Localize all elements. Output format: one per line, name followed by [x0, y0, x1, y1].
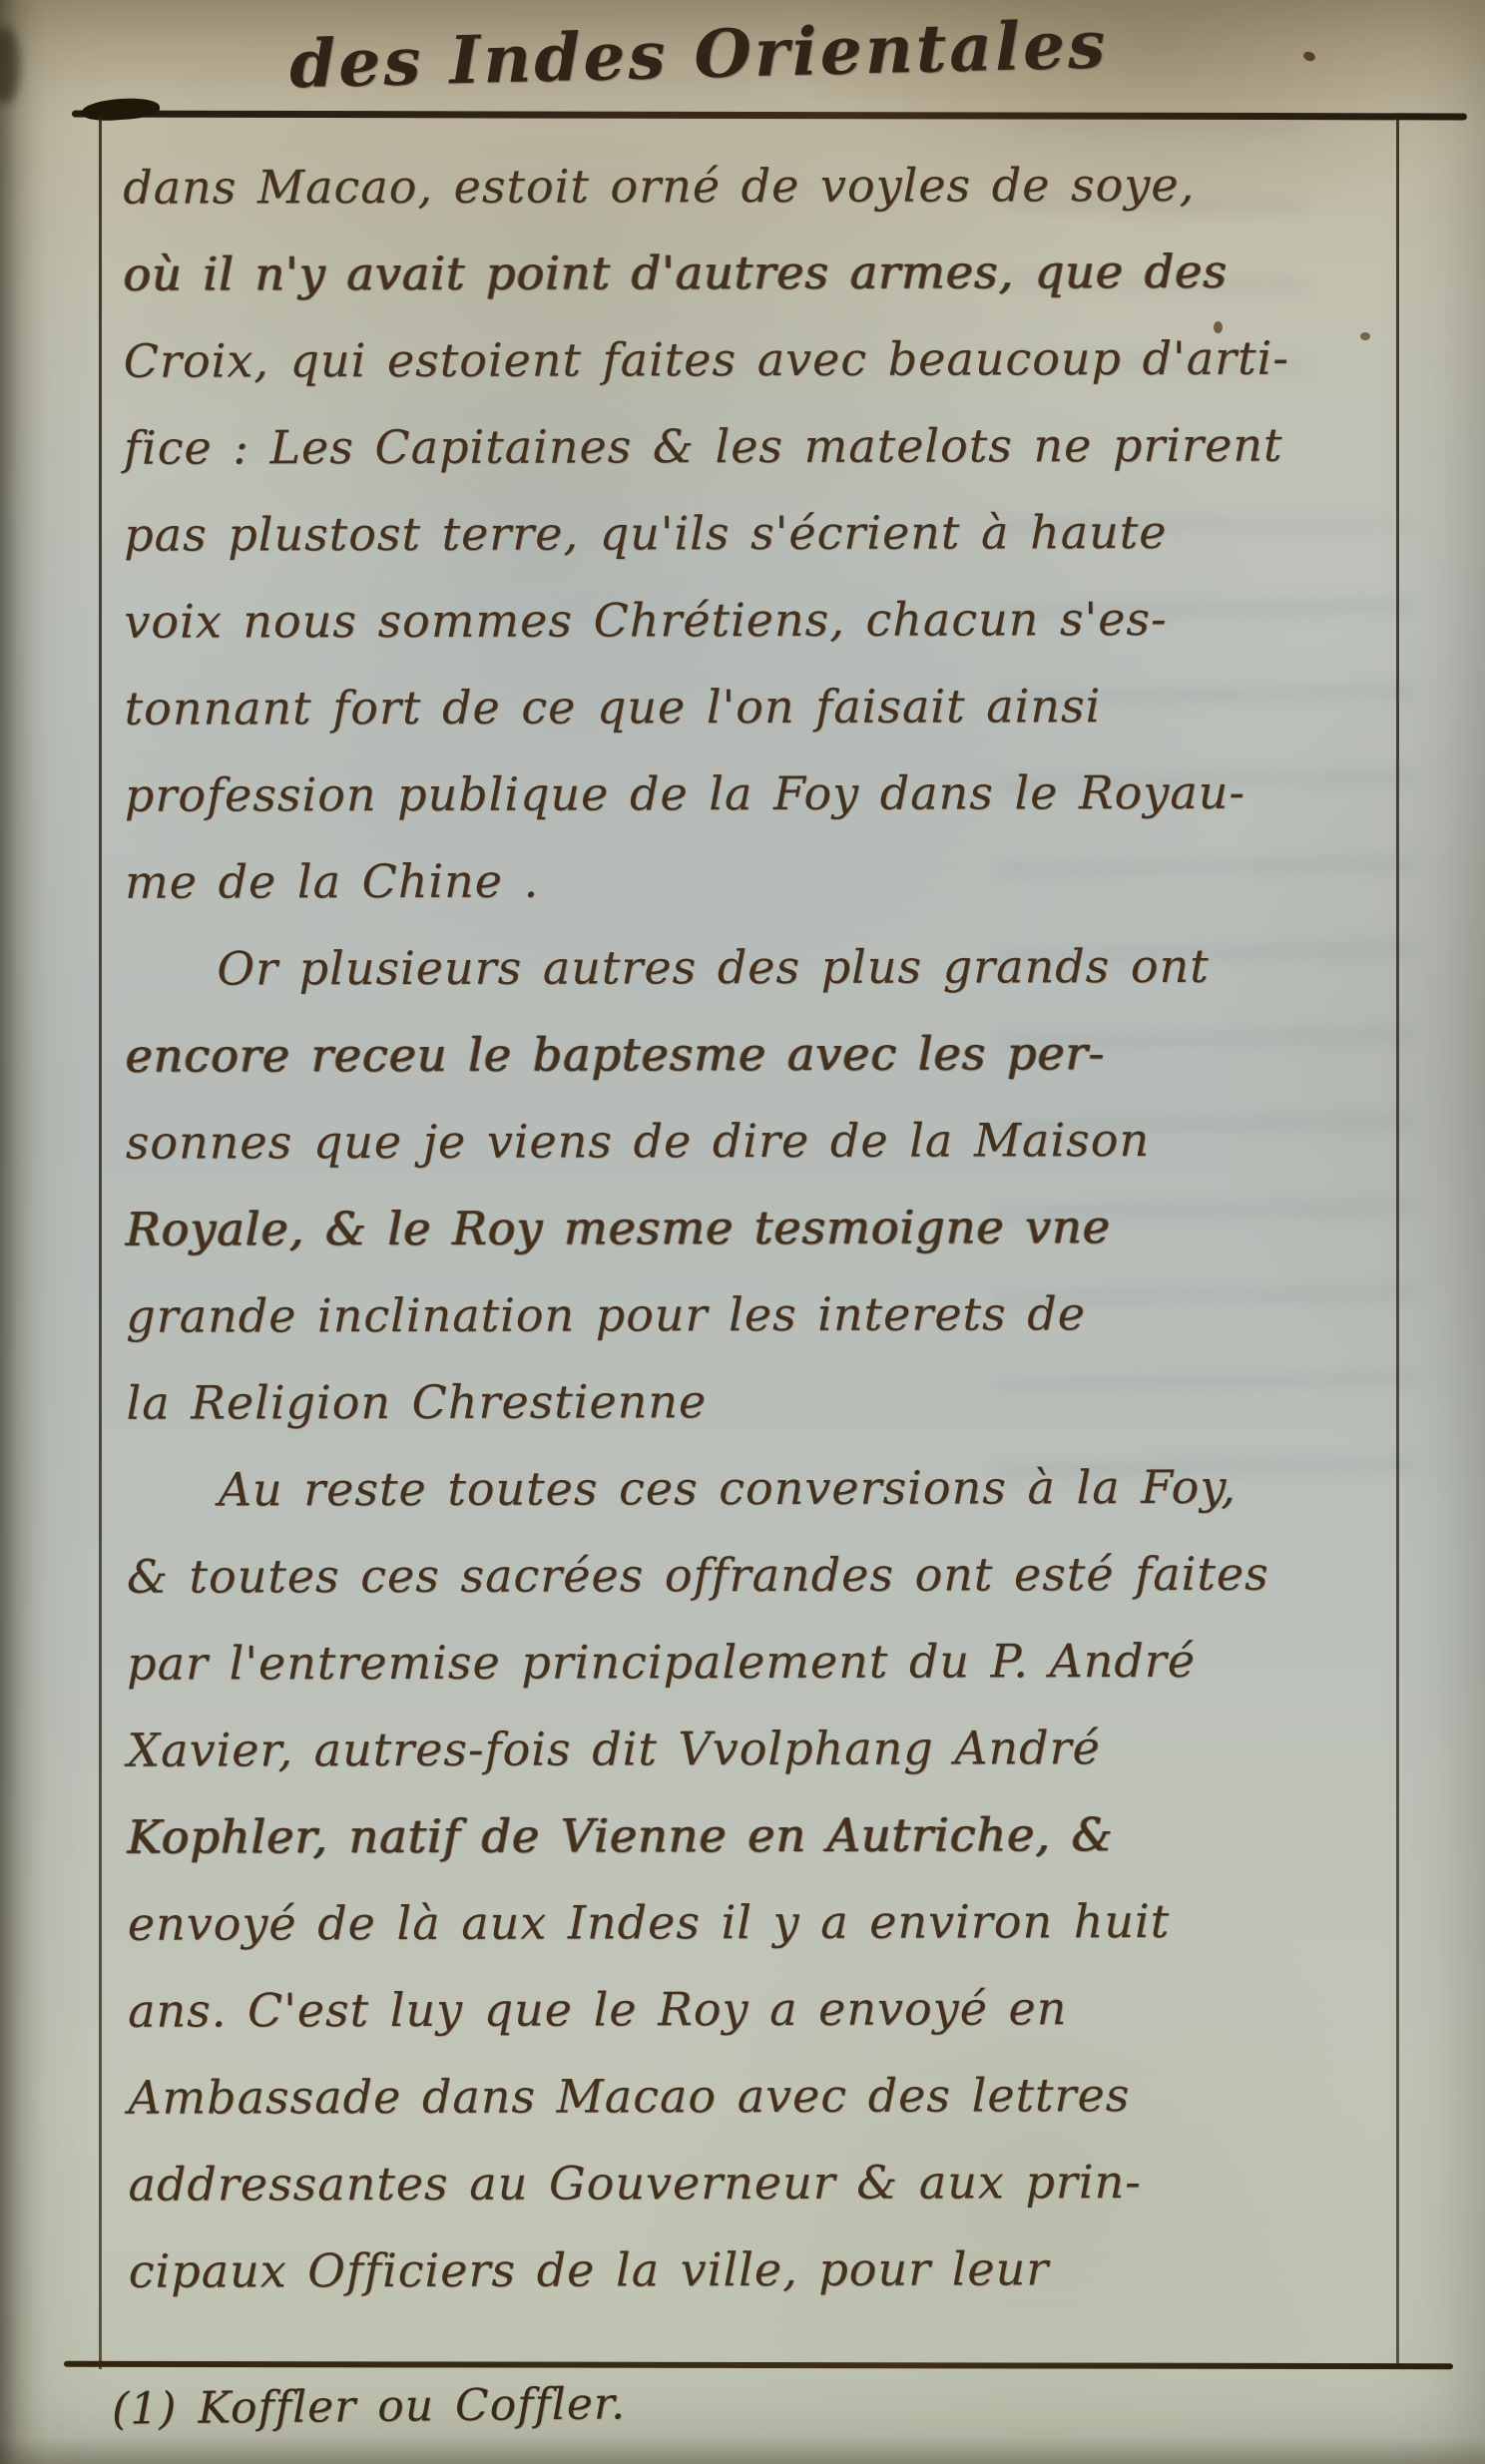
manuscript-line: dans Macao, estoit orné de voyles de soy…	[123, 141, 1412, 231]
manuscript-line: Ambassade dans Macao avec des lettres	[128, 2051, 1417, 2141]
manuscript-text-block: dans Macao, estoit orné de voyles de soy…	[123, 141, 1418, 2314]
manuscript-line: pas plustost terre, qu'ils s'écrient à h…	[124, 488, 1413, 578]
frame-top-rule	[72, 111, 1467, 121]
manuscript-line: me de la Chine .	[125, 835, 1414, 925]
frame-bottom-rule	[64, 2361, 1453, 2369]
manuscript-line: & toutes ces sacrées offrandes ont esté …	[127, 1530, 1416, 1620]
manuscript-line: voix nous sommes Chrétiens, chacun s'es-	[124, 575, 1413, 665]
manuscript-line: la Religion Chrestienne	[126, 1356, 1415, 1446]
manuscript-line: par l'entremise principalement du P. And…	[127, 1617, 1416, 1707]
manuscript-line: tonnant fort de ce que l'on faisait ains…	[125, 662, 1414, 751]
frame-left-border	[99, 116, 102, 2369]
page-running-title: des Indes Orientales	[288, 7, 1049, 104]
manuscript-line: sonnes que je viens de dire de la Maison	[126, 1096, 1415, 1186]
manuscript-line: encore receu le baptesme avec les per-	[125, 1009, 1414, 1099]
page-bottom-edge-shadow	[0, 2438, 1485, 2464]
ink-blot	[81, 96, 160, 122]
ink-fleck	[1302, 50, 1316, 63]
manuscript-line: profession publique de la Foy dans le Ro…	[125, 748, 1414, 838]
manuscript-line: envoyé de là aux Indes il y a environ hu…	[128, 1877, 1417, 1967]
manuscript-line: grande inclination pour les interets de	[126, 1269, 1415, 1359]
manuscript-page-photo: des Indes Orientales dans Macao, estoit …	[0, 0, 1485, 2464]
footnote: (1) Koffler ou Coffler.	[112, 2378, 627, 2434]
manuscript-line: où il n'y avait point d'autres armes, qu…	[123, 228, 1412, 317]
manuscript-line: Kophler, natif de Vienne en Autriche, &	[127, 1790, 1416, 1880]
manuscript-line: Royale, & le Roy mesme tesmoigne vne	[126, 1183, 1415, 1272]
manuscript-line: Xavier, autres-fois dit Vvolphang André	[127, 1704, 1416, 1793]
ink-fleck	[1360, 332, 1370, 340]
page-left-edge-shadow	[0, 0, 46, 2464]
manuscript-line: Au reste toutes ces conversions à la Foy…	[127, 1443, 1416, 1533]
manuscript-line: fice : Les Capitaines & les matelots ne …	[124, 401, 1413, 491]
manuscript-line: ans. C'est luy que le Roy a envoyé en	[128, 1964, 1417, 2054]
manuscript-line: Or plusieurs autres des plus grands ont	[125, 922, 1414, 1012]
manuscript-line: addressantes au Gouverneur & aux prin-	[128, 2138, 1417, 2227]
ink-fleck	[1214, 321, 1223, 333]
manuscript-line: cipaux Officiers de la ville, pour leur	[129, 2224, 1418, 2314]
